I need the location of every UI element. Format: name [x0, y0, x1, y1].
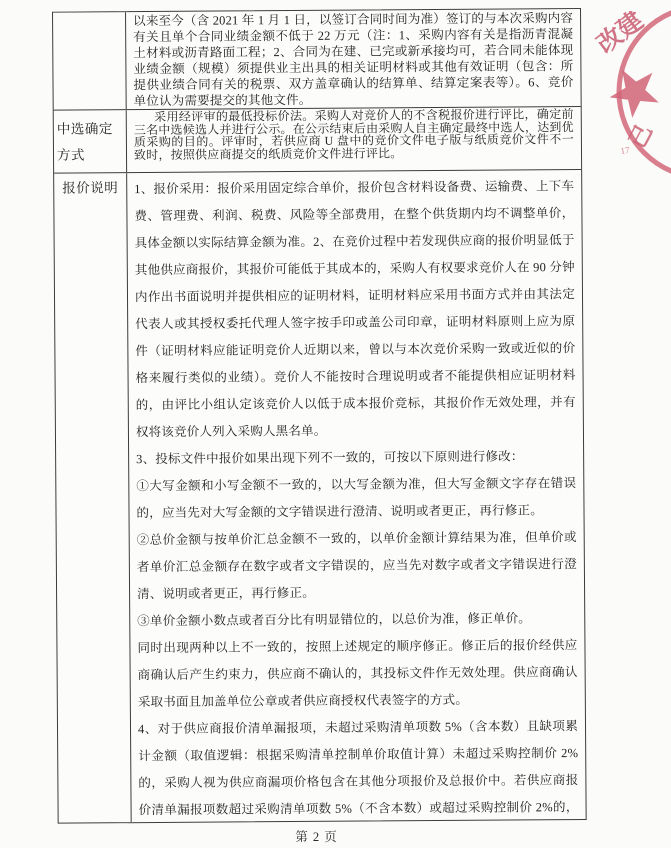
table-wrapper: 以来至今（含 2021 年 1 月 1 日，以签订合同时间为准）签订的与本次采购… [52, 8, 587, 824]
quotation-note-4: 4、对于供应商报价清单漏报项，未超过采购清单项数 5%（含本数）且缺项累计金额（… [138, 713, 579, 822]
seal-arc-text-bottom: 己 [624, 120, 657, 152]
quotation-notes-label: 报价说明 [54, 173, 132, 822]
scanned-document-page: 以来至今（含 2021 年 1 月 1 日，以签订合同时间为准）签订的与本次采购… [0, 0, 671, 848]
seal-star-icon [601, 57, 667, 122]
selection-method-content-cell: 采用经评审的最低投标价法。采购人对竞价人的不含税报价进行评比，确定前三名中选候选… [127, 107, 581, 172]
quotation-rule-3: ③单价金额小数点或者百分比有明显错位的，以总价为准，修正单价。 [137, 605, 577, 635]
quotation-rule-2: ②总价金额与按单价汇总金额不一致的，以单价金额计算结果为准，但单价或者单价汇总金… [137, 524, 578, 608]
requirements-content-cell: 以来至今（含 2021 年 1 月 1 日，以签订合同时间为准）签订的与本次采购… [126, 9, 581, 109]
table-row-quotation-notes: 报价说明 1、报价采用：报价采用固定综合单价，报价包含材料设备费、运输费、上下车… [54, 169, 586, 823]
seal-arc-text-top: 改建 [591, 6, 648, 59]
procurement-terms-table: 以来至今（含 2021 年 1 月 1 日，以签订合同时间为准）签订的与本次采购… [52, 8, 587, 824]
seal-ring [619, 6, 671, 174]
seal-small-mark: 17 [620, 145, 631, 156]
table-row-requirements-continued: 以来至今（含 2021 年 1 月 1 日，以签订合同时间为准）签订的与本次采购… [53, 9, 581, 110]
quotation-correction-order: 同时出现两种以上不一致的，按照上述规定的顺序修正。修正后的报价经供应商确认后产生… [137, 632, 578, 716]
table-row-selection-method: 中选确定方式 采用经评审的最低投标价法。采购人对竞价人的不含税报价进行评比，确定… [54, 106, 581, 173]
row-label-empty [53, 12, 127, 110]
quotation-note-1: 1、报价采用：报价采用固定综合单价，报价包含材料设备费、运输费、上下车费、管理费… [134, 173, 576, 446]
page-number: 第 2 页 [52, 827, 581, 845]
selection-method-label: 中选确定方式 [54, 110, 127, 173]
selection-method-text: 采用经评审的最低投标价法。采购人对竞价人的不含税报价进行评比，确定前三名中选候选… [134, 108, 574, 161]
requirements-continued-text: 以来至今（含 2021 年 1 月 1 日，以签订合同时间为准）签订的与本次采购… [133, 11, 574, 109]
quotation-rule-1: ①大写金额和小写金额不一致的，以大写金额为准，但大写金额文字存在错误的，应当先对… [136, 470, 576, 527]
quotation-notes-content-cell: 1、报价采用：报价采用固定综合单价，报价包含材料设备费、运输费、上下车费、管理费… [127, 170, 586, 822]
quotation-note-3-intro: 3、投标文件中报价如果出现下列不一致的，可按以下原则进行修改： [136, 443, 576, 473]
